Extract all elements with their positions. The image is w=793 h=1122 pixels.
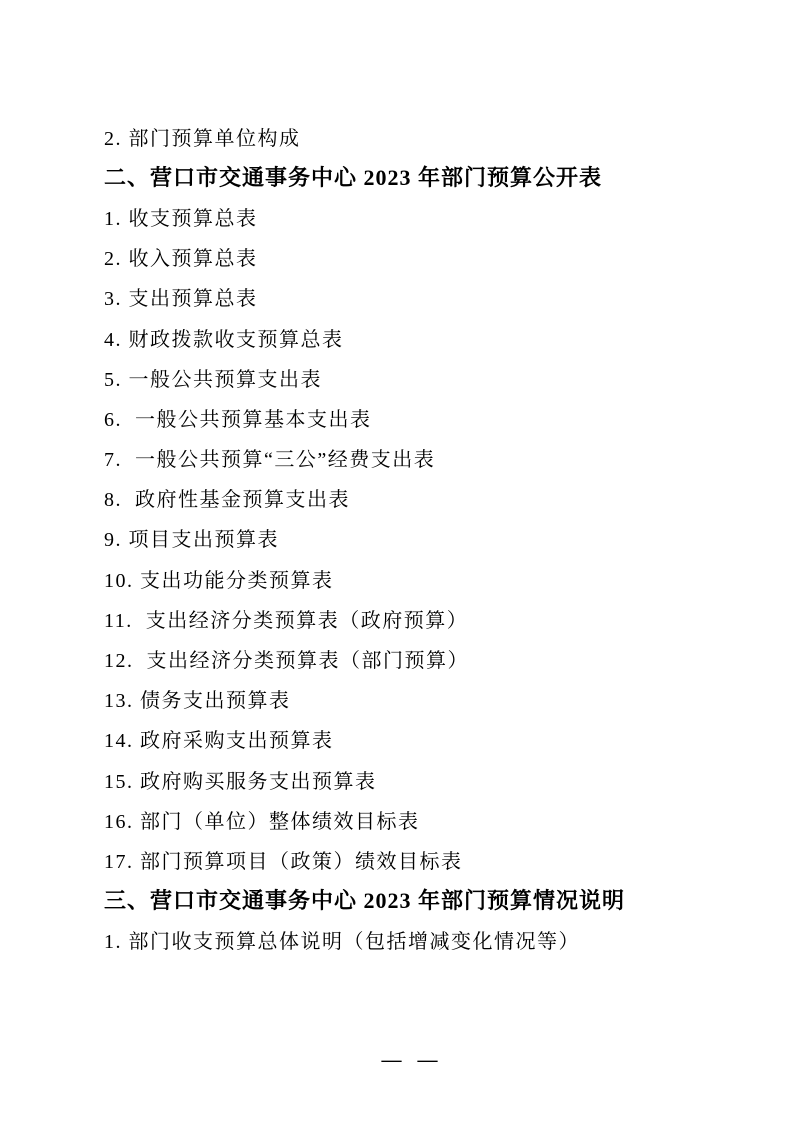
toc-item-s2-13: 13. 债务支出预算表 bbox=[104, 679, 705, 719]
toc-item-s2-1: 1. 收支预算总表 bbox=[104, 196, 705, 236]
toc-item-s2-9: 9. 项目支出预算表 bbox=[104, 518, 705, 558]
toc-item-s2-17: 17. 部门预算项目（政策）绩效目标表 bbox=[104, 839, 705, 879]
section-2-heading: 二、营口市交通事务中心 2023 年部门预算公开表 bbox=[104, 156, 705, 196]
toc-item-s2-7: 7. 一般公共预算“三公”经费支出表 bbox=[104, 438, 705, 478]
toc-item-s3-1: 1. 部门收支预算总体说明（包括增减变化情况等） bbox=[104, 920, 705, 960]
toc-item-intro-2: 2. 部门预算单位构成 bbox=[104, 116, 705, 156]
page-footer: — — bbox=[0, 1026, 793, 1095]
toc-item-s2-2: 2. 收入预算总表 bbox=[104, 237, 705, 277]
section-3-heading: 三、营口市交通事务中心 2023 年部门预算情况说明 bbox=[104, 880, 705, 920]
toc-item-s2-12: 12. 支出经济分类预算表（部门预算） bbox=[104, 638, 705, 678]
toc-item-s2-14: 14. 政府采购支出预算表 bbox=[104, 719, 705, 759]
toc-item-s2-15: 15. 政府购买服务支出预算表 bbox=[104, 759, 705, 799]
toc-item-s2-10: 10. 支出功能分类预算表 bbox=[104, 558, 705, 598]
page-number-marker: — — bbox=[382, 1049, 440, 1071]
toc-item-s2-11: 11. 支出经济分类预算表（政府预算） bbox=[104, 598, 705, 638]
toc-item-s2-5: 5. 一般公共预算支出表 bbox=[104, 357, 705, 397]
table-of-contents: 2. 部门预算单位构成 二、营口市交通事务中心 2023 年部门预算公开表 1.… bbox=[104, 116, 705, 960]
document-page: 2. 部门预算单位构成 二、营口市交通事务中心 2023 年部门预算公开表 1.… bbox=[0, 0, 793, 1122]
toc-item-s2-16: 16. 部门（单位）整体绩效目标表 bbox=[104, 799, 705, 839]
toc-item-s2-6: 6. 一般公共预算基本支出表 bbox=[104, 397, 705, 437]
toc-item-s2-3: 3. 支出预算总表 bbox=[104, 277, 705, 317]
toc-item-s2-8: 8. 政府性基金预算支出表 bbox=[104, 478, 705, 518]
toc-item-s2-4: 4. 财政拨款收支预算总表 bbox=[104, 317, 705, 357]
